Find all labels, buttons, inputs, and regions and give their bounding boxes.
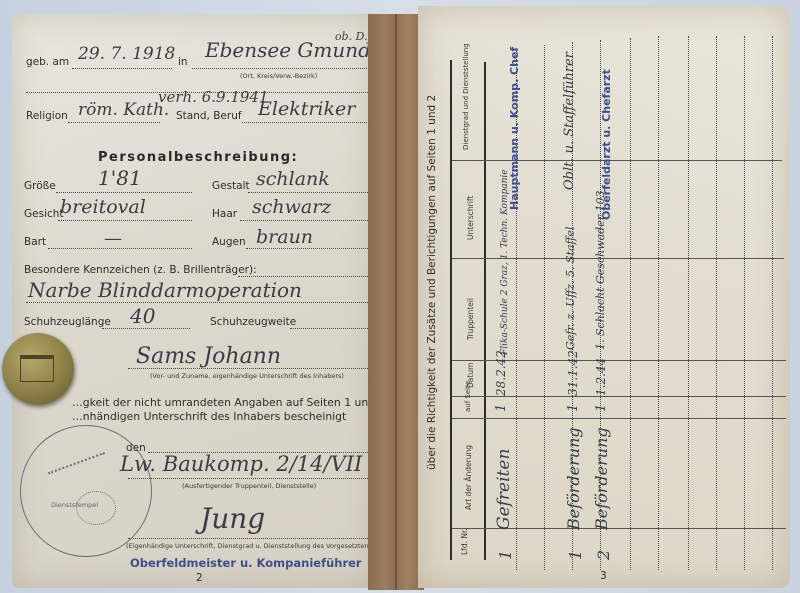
occupation-label: Stand, Beruf [176, 110, 242, 122]
row-1-page: 1 [494, 404, 509, 412]
issuing-unit-caption: (Ausfertigender Truppenteil, Dienststell… [182, 482, 316, 490]
row-3-date: 1.2.44 [594, 358, 608, 396]
birth-place-line [192, 68, 367, 69]
birth-place-note: ob. D. [335, 30, 368, 43]
eyes-label: Augen [212, 236, 246, 248]
height-label: Größe [24, 180, 56, 192]
table-border-left [450, 60, 452, 560]
col-header-unit: Truppenteil [466, 298, 475, 340]
face-value: breitoval [60, 196, 146, 218]
row-line-2 [544, 45, 545, 570]
eyes-value: braun [256, 226, 313, 248]
row-2-page: 1 [566, 404, 581, 412]
height-line [56, 192, 192, 193]
special-marks-value: Narbe Blinddarmoperation [28, 278, 302, 302]
book-spine [368, 14, 424, 590]
col-header-nr: Lfd. Nr. [460, 528, 469, 555]
birth-date-label: geb. am [26, 56, 69, 68]
shoe-width-line [290, 328, 368, 329]
build-line [248, 192, 368, 193]
hair-value: schwarz [252, 196, 331, 218]
hair-line [240, 220, 368, 221]
issuing-unit-line [128, 478, 368, 479]
row-line-10 [772, 36, 773, 570]
personal-description-heading: Personalbeschreibung: [98, 150, 298, 165]
coin [2, 333, 74, 405]
row-line-8 [716, 36, 717, 570]
row-2-rank: Oblt. u. Staffelführer [562, 52, 577, 190]
face-line [58, 220, 192, 221]
religion-line [68, 122, 160, 123]
row-2-change: Beförderung [564, 427, 583, 530]
corrections-title: über die Richtigkeit der Zusätze und Ber… [426, 95, 438, 470]
officer-signature: Jung [200, 502, 265, 535]
col-header-signature: Unterschrift [466, 196, 475, 240]
build-label: Gestalt [212, 180, 250, 192]
page-number-left: 2 [196, 572, 203, 584]
row-3-rank-stamp: Oberfeldarzt u. Chefarzt [600, 69, 613, 220]
shoe-length-line [102, 328, 190, 329]
row-line-6 [658, 36, 659, 570]
certification-line-2: …nhändigen Unterschrift des Inhabers bes… [72, 410, 346, 423]
religion-label: Religion [26, 110, 68, 122]
beard-value: — [104, 228, 122, 249]
build-value: schlank [256, 168, 330, 190]
row-1-date: 28.2.42 [494, 350, 508, 396]
special-marks-line-1 [238, 276, 368, 277]
beard-label: Bart [24, 236, 46, 248]
row-divider-5 [452, 418, 786, 419]
rank-stamp: Oberfeldmeister u. Kompanieführer [130, 556, 362, 570]
holder-signature: Sams Johann [136, 344, 281, 369]
special-marks-line-2 [26, 302, 368, 303]
row-3-nr: 2 [594, 550, 613, 560]
col-header-date: Datum [466, 363, 475, 388]
coin-building-icon [20, 355, 54, 382]
row-2-date: 31.1.42 [566, 350, 580, 396]
row-3-page: 1 [594, 404, 609, 412]
face-label: Gesicht [24, 208, 64, 220]
religion-value: röm. Kath. [78, 100, 169, 120]
row-line-9 [744, 36, 745, 570]
married-note: verh. 6.9.1941 [158, 88, 269, 106]
certification-line-1: …gkeit der nicht umrandeten Angaben auf … [72, 396, 409, 409]
special-marks-label: Besondere Kennzeichen (z. B. Brillenträg… [24, 264, 257, 276]
row-1-change: Gefreiten [494, 449, 514, 530]
officer-signature-caption: (Eigenhändige Unterschrift, Dienstgrad u… [126, 542, 371, 550]
row-2-unit: Gefr. z. Uffz. 5. Staffel [564, 227, 577, 350]
birth-date-line [72, 68, 172, 69]
officer-signature-line [128, 538, 368, 539]
shoe-width-label: Schuhzeugweite [210, 316, 296, 328]
row-1-nr: 1 [496, 550, 515, 560]
birth-place-label: in [178, 56, 188, 68]
row-line-5 [630, 38, 631, 570]
height-value: 1'81 [98, 166, 142, 190]
shoe-length-label: Schuhzeuglänge [24, 316, 111, 328]
col-header-change: Art der Änderung [464, 445, 473, 510]
row-2-nr: 1 [566, 550, 585, 560]
birth-place-caption: (Ort, Kreis/Verw.-Bezirk) [240, 72, 317, 80]
occupation-line [242, 122, 367, 123]
spine-fold [395, 14, 397, 590]
occupation-value: Elektriker [258, 98, 355, 120]
row-line-7 [688, 36, 689, 570]
birth-date-value: 29. 7. 1918 [78, 44, 175, 64]
row-divider-1 [452, 160, 782, 161]
holder-signature-line [128, 368, 368, 369]
issuing-unit-value: Lw. Baukomp. 2/14/VII [120, 452, 362, 476]
row-3-change: Beförderung [592, 427, 611, 530]
row-divider-4 [452, 396, 786, 397]
page-number-right: 3 [600, 570, 607, 582]
seal-label: Dienststempel [51, 501, 98, 509]
shoe-length-value: 40 [130, 304, 155, 328]
hair-label: Haar [212, 208, 237, 220]
holder-signature-caption: (Vor- und Zuname, eigenhändige Unterschr… [150, 372, 344, 380]
row-1-rank-stamp: Hauptmann u. Komp. Chef [508, 47, 521, 210]
table-header-border [484, 62, 486, 560]
col-header-rank: Dienstgrad und Dienststellung [462, 43, 470, 150]
eyes-line [246, 248, 368, 249]
